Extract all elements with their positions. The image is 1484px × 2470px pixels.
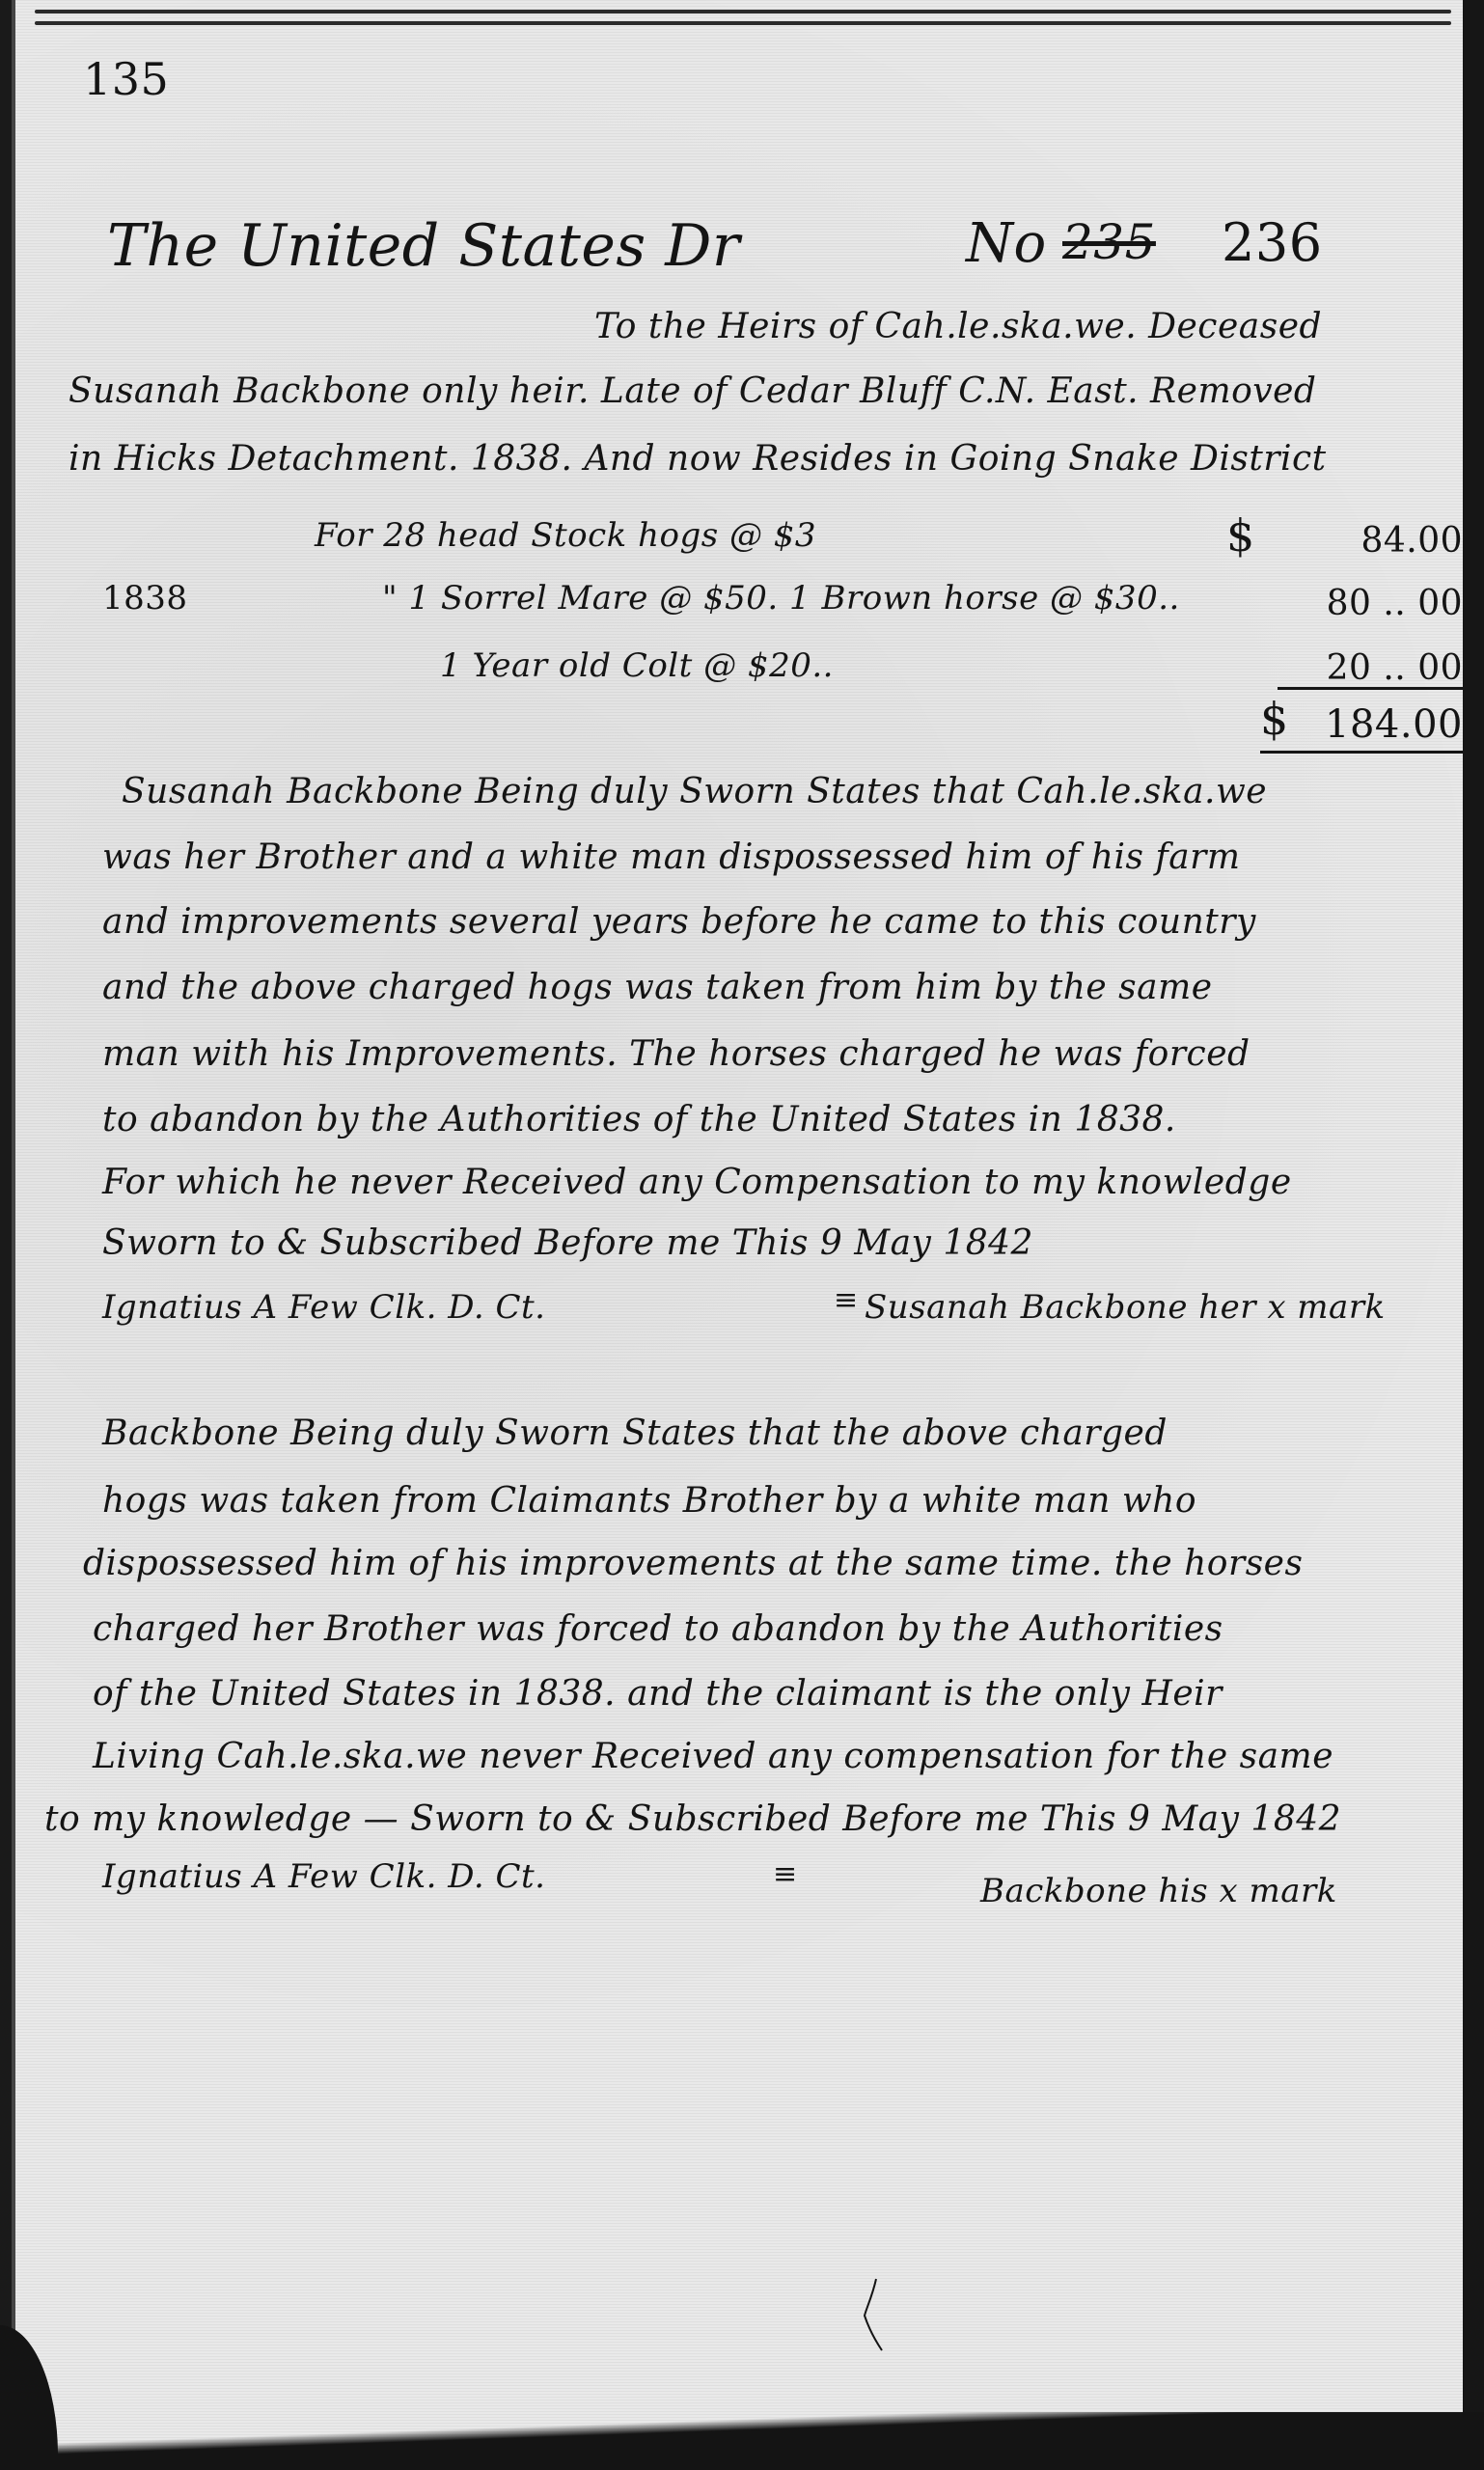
claim-number: 236 xyxy=(1222,212,1323,273)
document-title: The United States Dr xyxy=(107,212,740,280)
affidavit-line: dispossessed him of his improvements at … xyxy=(83,1544,1303,1583)
ledger-page: 135 The United States Dr No 235 236 To t… xyxy=(12,0,1470,2470)
total-rule xyxy=(1278,687,1480,690)
scan-shadow xyxy=(0,2412,1484,2470)
page-number: 135 xyxy=(83,53,169,105)
affidavit-line: was her Brother and a white man disposse… xyxy=(102,837,1241,877)
addressee-line: in Hicks Detachment. 1838. And now Resid… xyxy=(69,439,1327,479)
page-top-rule xyxy=(35,10,1451,14)
seal-mark-icon: ≡ xyxy=(834,1283,856,1317)
affidavit-line: to my knowledge — Sworn to & Subscribed … xyxy=(44,1799,1341,1839)
affidavit-line: of the United States in 1838. and the cl… xyxy=(93,1674,1223,1714)
affidavit-line: to abandon by the Authorities of the Uni… xyxy=(102,1100,1176,1139)
ledger-total: 184.00 xyxy=(1308,702,1463,747)
affidavit-line: Sworn to & Subscribed Before me This 9 M… xyxy=(102,1223,1033,1263)
clerk-signature: Ignatius A Few Clk. D. Ct. xyxy=(102,1857,545,1896)
pen-stroke-mark xyxy=(855,2277,893,2354)
ledger-item-description: For 28 head Stock hogs @ $3 xyxy=(315,516,816,555)
affidavit-line: man with his Improvements. The horses ch… xyxy=(102,1034,1250,1074)
ledger-item-amount: 20 .. 00 xyxy=(1308,648,1463,688)
ledger-item-amount: 80 .. 00 xyxy=(1308,584,1463,623)
addressee-line: To the Heirs of Cah.le.ska.we. Deceased xyxy=(594,307,1322,346)
affidavit-line: Living Cah.le.ska.we never Received any … xyxy=(93,1737,1333,1776)
dollar-sign: $ xyxy=(1260,693,1289,745)
affidavit-line: Susanah Backbone Being duly Sworn States… xyxy=(122,772,1267,811)
affidavit-line: charged her Brother was forced to abando… xyxy=(93,1609,1223,1649)
claim-number-label: No xyxy=(966,212,1047,275)
affidavit-line: Backbone Being duly Sworn States that th… xyxy=(102,1413,1168,1453)
claimant-signature: Susanah Backbone her x mark xyxy=(865,1288,1386,1327)
scan-border xyxy=(1463,0,1484,2470)
dollar-sign: $ xyxy=(1226,509,1255,562)
page-top-rule xyxy=(35,21,1451,25)
clerk-signature: Ignatius A Few Clk. D. Ct. xyxy=(102,1288,545,1327)
seal-mark-icon: ≡ xyxy=(773,1857,795,1891)
addressee-line: Susanah Backbone only heir. Late of Ceda… xyxy=(69,371,1316,411)
ledger-item-description: 1 Year old Colt @ $20.. xyxy=(440,646,834,685)
ledger-item-amount: 84.00 xyxy=(1308,521,1463,561)
affidavit-line: and improvements several years before he… xyxy=(102,902,1256,942)
affidavit-line: and the above charged hogs was taken fro… xyxy=(102,968,1213,1007)
affidavit-line: For which he never Received any Compensa… xyxy=(102,1163,1292,1202)
total-rule xyxy=(1260,751,1480,754)
witness-signature: Backbone his x mark xyxy=(980,1872,1337,1910)
ledger-year: 1838 xyxy=(102,579,188,617)
ledger-item-description: " 1 Sorrel Mare @ $50. 1 Brown horse @ $… xyxy=(382,579,1180,617)
affidavit-line: hogs was taken from Claimants Brother by… xyxy=(102,1481,1196,1521)
claim-number-struck: 235 xyxy=(1062,214,1156,270)
